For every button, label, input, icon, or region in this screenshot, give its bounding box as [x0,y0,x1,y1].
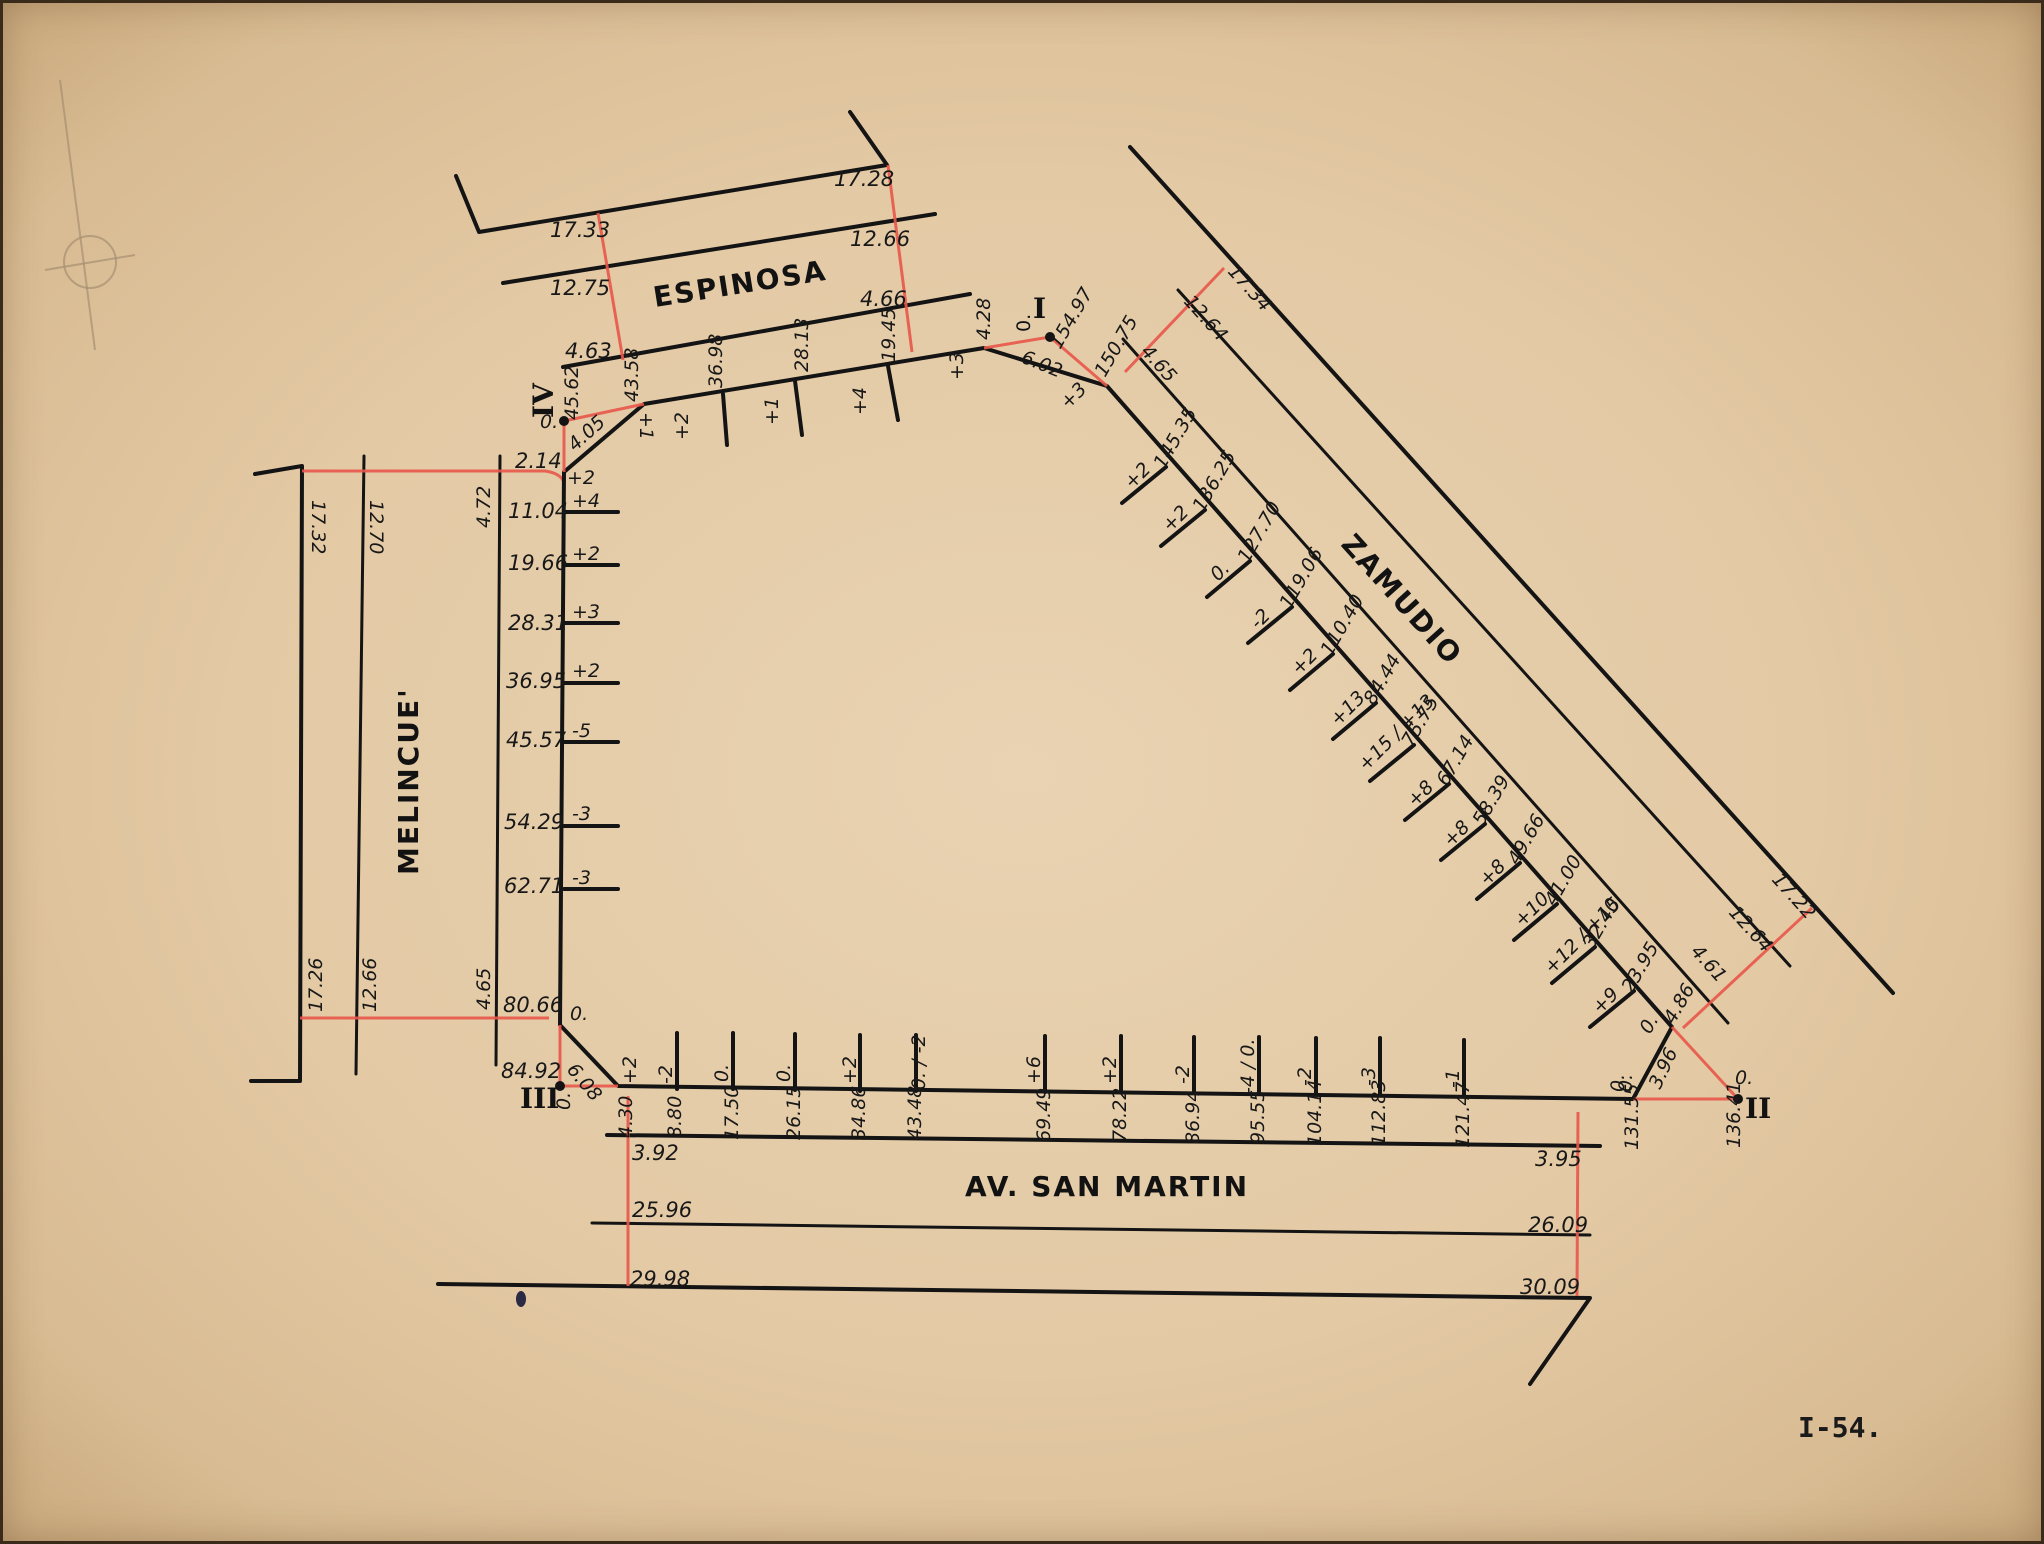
melincue-station-level: +4 [572,490,600,512]
san-martin-labels: 4.30 +2 8.80 -2 17.50 0. 26.15 0. 34.86 … [615,1034,1643,1299]
corner-i-level: +3 [1056,378,1091,413]
street-name-san-martin: AV. SAN MARTIN [965,1170,1249,1203]
zamudio-offset-end-17-22: 17.22 [1767,869,1820,924]
espinosa-station-dist: 4.28 [973,298,995,340]
zamudio-station-dist: 110.40 [1316,591,1368,660]
san-martin-station-level: 0. / -2 [908,1034,930,1090]
san-martin-station-dist: 104.14 [1304,1080,1326,1146]
san-martin-offset-30-09: 30.09 [1520,1275,1580,1299]
melincue-offset-12-66: 12.66 [359,958,381,1012]
zamudio-station-level: +2 [1120,458,1155,493]
zamudio-end-dist: 4.86 [1659,980,1699,1028]
san-martin-station-dist: 78.22 [1109,1088,1131,1142]
melincue-station-level: -3 [572,867,591,889]
san-martin-offset-3-92: 3.92 [632,1141,679,1165]
vertex-i-zero: 0. [1013,314,1035,332]
melincue-station-dist: 11.04 [508,499,568,523]
espinosa-station-dist: 45.62 [561,366,583,420]
corner-i-dist-b: 150.75 [1090,312,1142,381]
san-martin-station-level: -2 [655,1065,677,1084]
melincue-offset-4-65: 4.65 [473,968,495,1010]
zamudio-station-level: -2 [1246,605,1275,634]
san-martin-station-dist: 17.50 [721,1086,743,1140]
melincue-station-dist: 28.31 [508,611,568,635]
melincue-top-dist: 2.14 [515,449,562,473]
melincue-offset-12-70: 12.70 [365,500,387,554]
melincue-ticks [564,512,618,889]
corner-i-dist-a: 154.97 [1045,284,1097,353]
san-martin-station-dist: 4.30 [615,1096,637,1138]
vertex-iv-zero: 0. [540,411,558,433]
san-martin-station-dist: 69.49 [1033,1088,1055,1142]
zamudio-offset-end-12-64: 12.64 [1724,902,1777,957]
espinosa-offset-4-66: 4.66 [860,287,907,311]
survey-drawing: ESPINOSA ZAMUDIO MELINCUE' AV. SAN MARTI… [0,0,2044,1544]
zamudio-offset-end-4-61: 4.61 [1686,941,1731,987]
melincue-bottom-dist: 80.66 [503,993,563,1017]
zamudio-labels: 4.65 12.64 17.34 145.35 +2 136.25 +2 127… [1120,261,1820,1038]
san-martin-offset-29-98: 29.98 [630,1267,690,1291]
vertex-label-ii: II [1745,1092,1771,1125]
san-martin-station-dist: 34.86 [848,1086,870,1140]
san-martin-station-dist: 26.15 [783,1086,805,1140]
san-martin-station-dist: 43.48 [904,1086,926,1140]
espinosa-station-dist: 43.58 [621,348,643,402]
zamudio-station-level: +2 [1158,501,1193,536]
melincue-station-level: +2 [572,660,600,682]
zamudio-station-dist: 58.39 [1468,771,1514,829]
melincue-station-level: +3 [572,601,600,623]
melincue-bottom-zero: 0. [570,1003,588,1025]
san-martin-station-level: +2 [619,1056,641,1084]
melincue-station-dist: 54.29 [504,810,564,834]
san-martin-station-dist: 121.47 [1452,1082,1474,1148]
espinosa-offset-12-66: 12.66 [850,227,910,251]
espinosa-station-level: +4 [849,387,871,415]
espinosa-station-level: +2 [671,412,693,440]
espinosa-offset-4-63: 4.63 [565,339,612,363]
espinosa-station-level: +3 [946,352,968,380]
san-martin-station-level: -2 [1172,1065,1194,1084]
zamudio-station-dist: 119.06 [1275,544,1327,613]
san-martin-offset-25-96: 25.96 [632,1198,692,1222]
san-martin-station-level: +2 [839,1056,861,1084]
vertex-iii-zero: 0. [553,1092,575,1110]
melincue-offset-17-26: 17.26 [305,958,327,1012]
survey-sheet: ESPINOSA ZAMUDIO MELINCUE' AV. SAN MARTI… [0,0,2044,1544]
san-martin-station-dist: 95.55 [1247,1090,1269,1144]
espinosa-offset-17-28: 17.28 [834,167,894,191]
melincue-offset-17-32: 17.32 [307,500,329,554]
san-martin-station-level: +2 [1099,1056,1121,1084]
melincue-station-level: -5 [572,720,591,742]
melincue-station-dist: 45.57 [506,728,567,752]
zamudio-station-level: +8 [1475,855,1510,890]
espinosa-station-level: +1 [635,412,657,440]
san-martin-station-dist: 112.83 [1368,1080,1390,1146]
melincue-station-dist: 62.71 [504,874,564,898]
street-name-melincue: MELINCUE' [392,687,425,875]
melincue-station-dist: 19.66 [508,551,568,575]
san-martin-end-zero: 0. [1615,1074,1637,1092]
san-martin-station-level: 0. [773,1064,795,1082]
san-martin-station-level: -1 [1442,1069,1464,1088]
melincue-station-dist: 36.95 [506,669,566,693]
san-martin-offset-26-09: 26.09 [1528,1213,1588,1237]
espinosa-station-dist: 28.13 [791,318,813,372]
san-martin-street-lines [438,1096,1600,1384]
espinosa-offset-17-33: 17.33 [550,218,610,242]
zamudio-offset-12-64: 12.64 [1179,291,1232,346]
san-martin-station-dist: 86.94 [1182,1090,1204,1144]
ink-blot [516,1291,526,1307]
espinosa-station-dist: 36.98 [705,334,727,388]
melincue-station-level: +2 [572,543,600,565]
espinosa-offset-12-75: 12.75 [550,276,610,300]
melincue-top-level: +2 [567,467,595,489]
san-martin-offset-3-95: 3.95 [1535,1147,1582,1171]
compass-mark-icon [45,80,135,350]
melincue-end-dist: 84.92 [501,1059,561,1083]
street-name-espinosa: ESPINOSA [651,254,829,314]
san-martin-station-level: -2 [1294,1067,1316,1086]
san-martin-station-level: -4 / 0. [1237,1038,1259,1094]
san-martin-station-level: -3 [1358,1067,1380,1086]
san-martin-station-level: 0. [711,1064,733,1082]
san-martin-station-level: +6 [1023,1056,1045,1084]
san-martin-end-dist: 131.55 [1621,1084,1643,1150]
melincue-station-level: -3 [572,803,591,825]
chord-i: 6.02 [1018,346,1065,382]
espinosa-station-level: +1 [761,397,783,425]
zamudio-offset-17-34: 17.34 [1223,261,1276,316]
melincue-offset-4-72: 4.72 [473,486,495,528]
zamudio-station-level: 0. [1206,557,1234,585]
zamudio-station-dist: 23.95 [1617,938,1663,996]
zamudio-station-level: +8 [1439,816,1474,851]
espinosa-station-dist: 19.45 [878,308,900,362]
sheet-id: I-54. [1798,1411,1882,1444]
san-martin-station-dist: 8.80 [664,1096,686,1138]
zamudio-station-level: +8 [1403,776,1438,811]
corner-ii-dist: 136.41 [1723,1082,1745,1148]
zamudio-station-dist: 49.66 [1503,810,1549,868]
zamudio-station-level: +9 [1588,983,1623,1018]
